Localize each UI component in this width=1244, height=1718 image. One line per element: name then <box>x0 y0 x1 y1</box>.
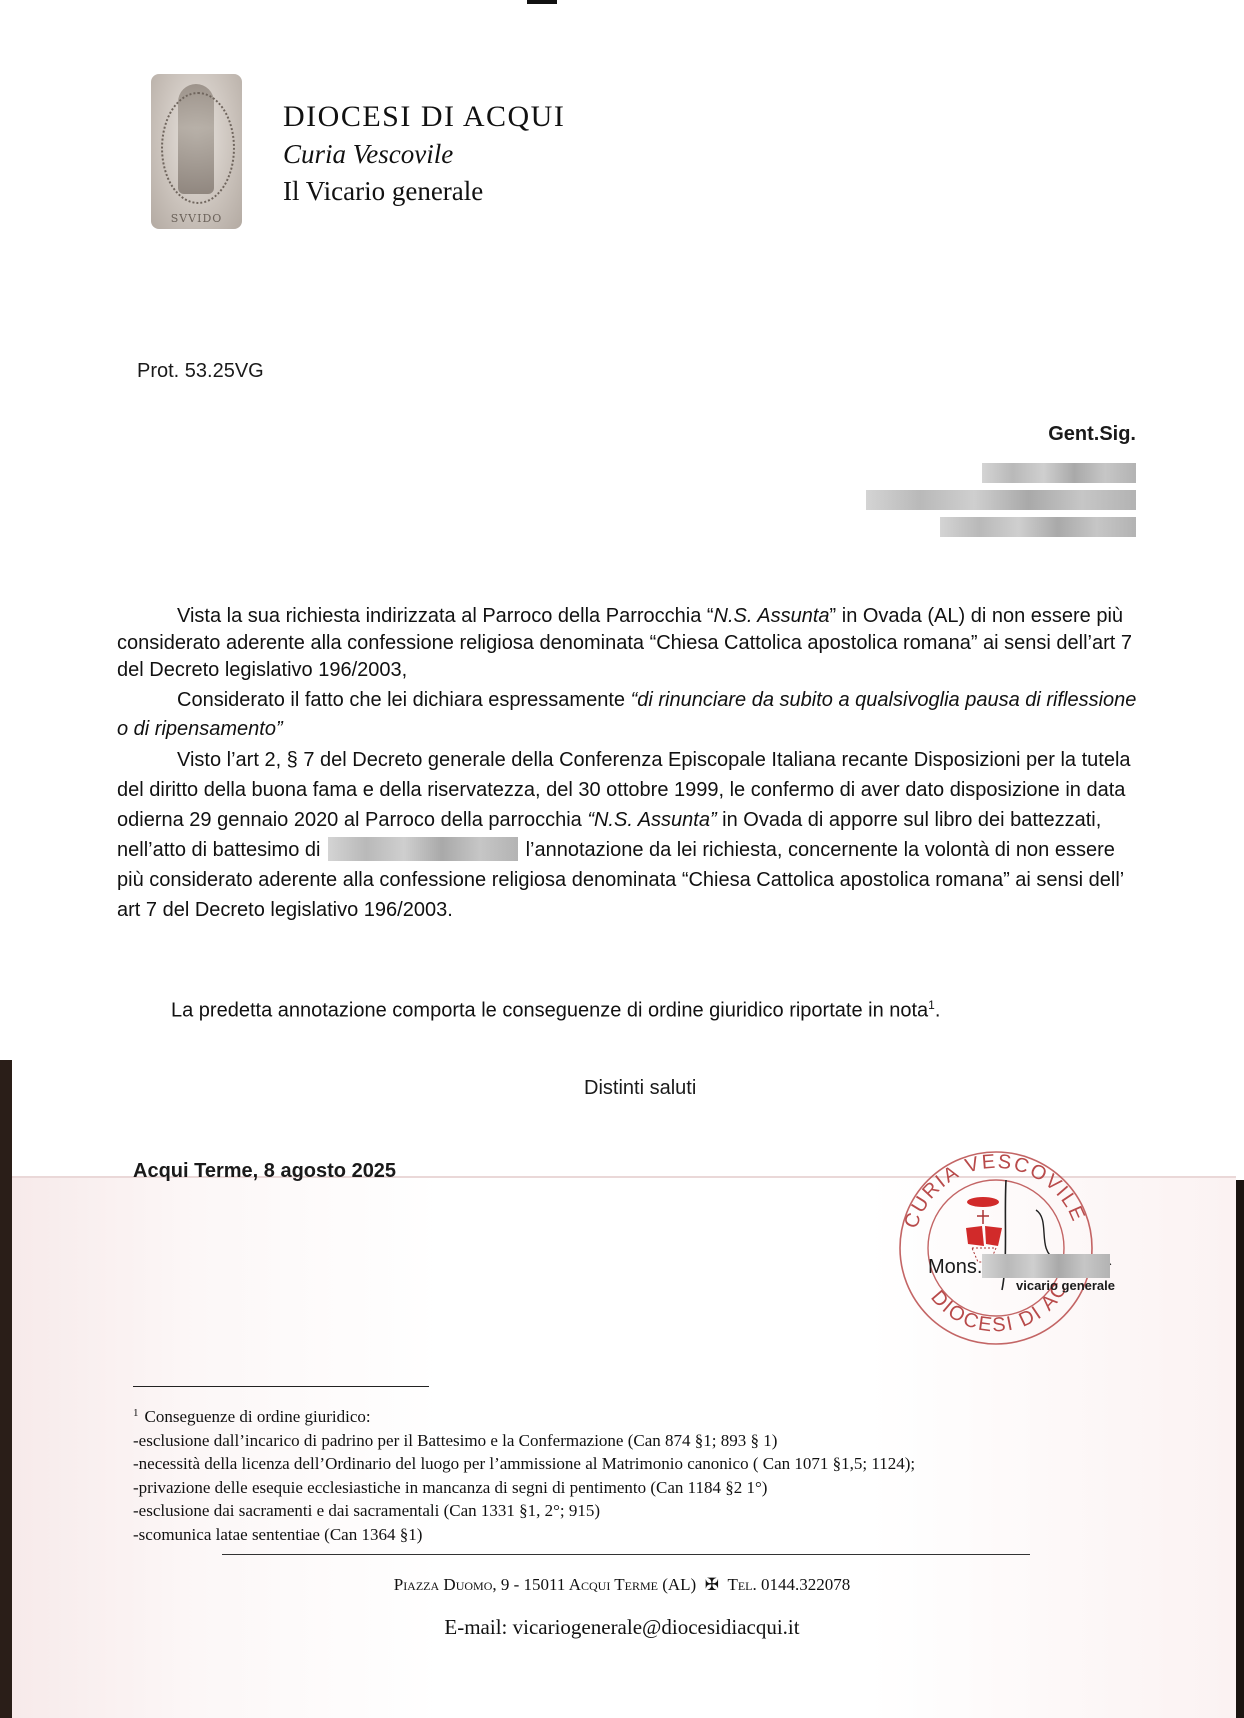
footer-divider <box>222 1554 1030 1555</box>
footnote-item: -necessità della licenza dell’Ordinario … <box>133 1452 915 1476</box>
closing-salutation: Distinti saluti <box>584 1077 696 1100</box>
paragraph-consequences: La predetta annotazione comporta le cons… <box>171 990 1201 1026</box>
redacted-signer-name <box>982 1254 1110 1278</box>
paragraph-decree: Visto l’art 2, § 7 del Decreto generale … <box>117 745 1147 925</box>
redacted-baptized-name <box>328 837 518 861</box>
redacted-recipient-name <box>982 463 1136 483</box>
signer-role: vicario generale <box>1016 1278 1115 1293</box>
place-and-date: Acqui Terme, 8 agosto 2025 <box>133 1160 396 1183</box>
org-name: DIOCESI DI ACQUI <box>283 98 565 136</box>
seal-oval <box>161 92 235 204</box>
footnote-item: -scomunica latae sententiae (Can 1364 §1… <box>133 1523 915 1547</box>
page-edge-mark <box>527 0 557 4</box>
logo-caption: SVVIDO <box>151 212 242 225</box>
redacted-recipient-city <box>940 517 1136 537</box>
footnote-title: 1Conseguenze di ordine giuridico: <box>133 1402 915 1429</box>
paragraph-request: Vista la sua richiesta indirizzata al Pa… <box>117 603 1147 684</box>
protocol-number: Prot. 53.25VG <box>137 360 264 383</box>
paragraph-declaration: Considerato il fatto che lei dichiara es… <box>117 686 1147 744</box>
letterhead: DIOCESI DI ACQUI Curia Vescovile Il Vica… <box>283 98 565 210</box>
redacted-recipient-address <box>866 490 1136 510</box>
svg-text:CURIA VESCOVILE: CURIA VESCOVILE <box>900 1151 1089 1232</box>
footnote-block: 1Conseguenze di ordine giuridico: -esclu… <box>133 1402 915 1546</box>
recipient-block: Gent.Sig. <box>1048 423 1136 446</box>
footnote-divider <box>133 1386 429 1387</box>
footnote-ref: 1 <box>928 998 935 1012</box>
footer-address: Piazza Duomo, 9 - 15011 Acqui Terme (AL)… <box>0 1575 1244 1595</box>
diocese-seal-logo: SVVIDO <box>151 74 242 229</box>
footnote-item: -privazione delle esequie ecclesiastiche… <box>133 1476 915 1500</box>
recipient-salutation: Gent.Sig. <box>1048 423 1136 446</box>
footnote-item: -esclusione dall’incarico di padrino per… <box>133 1429 915 1453</box>
curia-stamp: CURIA VESCOVILE DIOCESI DI ACQUI <box>886 1140 1106 1340</box>
footer-email: E-mail: vicariogenerale@diocesidiacqui.i… <box>0 1615 1244 1640</box>
org-subtitle: Curia Vescovile <box>283 136 565 172</box>
signer-name: Mons. <box>928 1254 1110 1279</box>
maltese-cross-icon: ✠ <box>705 1575 719 1594</box>
office-name: Il Vicario generale <box>283 172 565 210</box>
stamp-seal-icon: CURIA VESCOVILE DIOCESI DI ACQUI <box>886 1140 1116 1350</box>
footnote-item: -esclusione dai sacramenti e dai sacrame… <box>133 1499 915 1523</box>
